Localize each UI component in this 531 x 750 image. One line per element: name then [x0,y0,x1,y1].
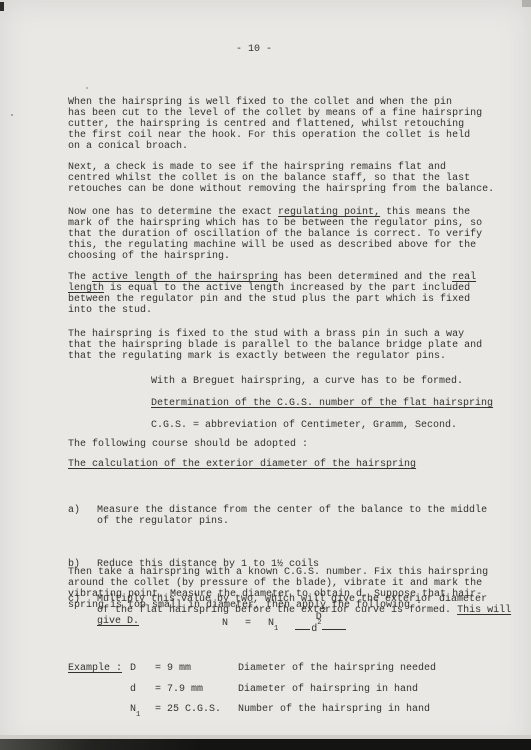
heading-exterior-diameter: The calculation of the exterior diameter… [68,459,416,470]
example-symbol: N1 [130,704,155,715]
formula-fraction: D2 d2 [295,612,346,635]
fraction-denominator: d2 [295,624,346,635]
list-item-a: a) Measure the distance from the center … [68,505,511,527]
paragraph-active-length: The active length of the hairspring has … [68,272,476,316]
example-block: Example : D = 9 mm Diameter of the hairs… [68,663,436,725]
list-marker: a) [68,505,97,527]
list-item-text: Measure the distance from the center of … [97,505,487,527]
heading-determination-cgs: Determination of the C.G.S. number of th… [151,398,493,409]
example-desc: Diameter of the hairspring needed [238,663,436,674]
scan-speck [522,0,531,7]
example-rows: D = 9 mm Diameter of the hairspring need… [130,663,436,725]
formula-n1: N1 [268,618,278,629]
page-number: - 10 - [236,44,272,55]
fraction-bar [322,629,346,630]
example-value: = 25 C.G.S. [155,704,238,715]
scan-speck [0,2,4,11]
equals-sign: = [245,618,251,629]
formula-lhs: N [222,618,228,629]
paragraph-stud-fixing: The hairspring is fixed to the stud with… [68,329,482,362]
formula-cgs-number: N = N1 D2 d2 [222,612,346,635]
example-value: = 7.9 mm [155,684,238,695]
paragraph-known-cgs-number: Then take a hairspring with a known C.G.… [68,567,488,611]
scan-speck [86,87,88,89]
note-cgs-abbreviation: C.G.S. = abbreviation of Centimeter, Gra… [151,420,457,431]
scan-speck [11,114,13,116]
scanned-document-page: - 10 - When the hairspring is well fixed… [0,0,531,750]
fraction-bar [295,629,310,630]
paragraph-regulating-point: Now one has to determine the exact regul… [68,207,482,262]
example-desc: Number of the hairspring in hand [238,704,436,715]
example-label: Example : [68,663,130,725]
example-desc: Diameter of hairspring in hand [238,684,436,695]
paragraph-course-intro: The following course should be adopted : [68,439,308,450]
example-value: = 9 mm [155,663,238,674]
scan-bottom-bar [0,739,531,750]
example-symbol: D [130,663,155,674]
note-breguet: With a Breguet hairspring, a curve has t… [151,376,463,387]
paragraph-collet-fixing: When the hairspring is well fixed to the… [68,97,482,152]
paragraph-flatness-check: Next, a check is made to see if the hair… [68,162,494,195]
example-symbol: d [130,684,155,695]
